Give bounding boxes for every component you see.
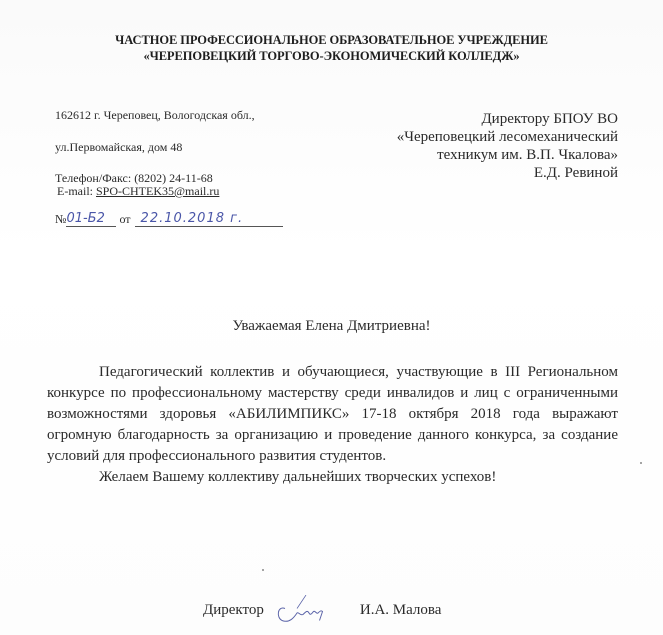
letter-page: ЧАСТНОЕ ПРОФЕССИОНАЛЬНОЕ ОБРАЗОВАТЕЛЬНОЕ… xyxy=(0,0,663,635)
registration-number: 01-Б2 xyxy=(66,212,116,227)
recipient-line3: техникум им. В.П. Чкалова» xyxy=(397,146,618,164)
scan-speck xyxy=(640,462,642,464)
body-paragraph-1: Педагогический коллектив и обучающиеся, … xyxy=(47,362,618,467)
recipient-line4: Е.Д. Ревиной xyxy=(397,164,618,182)
email-label: E-mail: xyxy=(57,184,96,198)
number-prefix: № xyxy=(55,212,66,227)
sender-address-line2: ул.Первомайская, дом 48 xyxy=(55,140,182,155)
registration-line: № 01-Б2 от 22.10.2018 г. xyxy=(55,212,283,227)
recipient-line2: «Череповецкий лесомеханический xyxy=(397,128,618,146)
signatory-name: И.А. Малова xyxy=(360,602,442,619)
sender-email-line: E-mail: SPO-CHTEK35@mail.ru xyxy=(57,184,219,199)
scan-speck xyxy=(262,569,264,571)
body-paragraph-2: Желаем Вашему коллективу дальнейших твор… xyxy=(47,467,618,488)
signatory-title: Директор xyxy=(203,602,264,619)
registration-date: 22.10.2018 г. xyxy=(135,212,283,227)
date-prefix: от xyxy=(119,212,130,227)
recipient-line1: Директору БПОУ ВО xyxy=(397,110,618,128)
handwritten-signature-icon xyxy=(264,595,348,625)
header-institution-name: «ЧЕРЕПОВЕЦКИЙ ТОРГОВО-ЭКОНОМИЧЕСКИЙ КОЛЛ… xyxy=(0,49,663,64)
greeting: Уважаемая Елена Дмитриевна! xyxy=(0,318,663,335)
header-institution-type: ЧАСТНОЕ ПРОФЕССИОНАЛЬНОЕ ОБРАЗОВАТЕЛЬНОЕ… xyxy=(0,33,663,48)
recipient-block: Директору БПОУ ВО «Череповецкий лесомеха… xyxy=(397,110,618,182)
signature-block: Директор И.А. Малова xyxy=(203,595,441,625)
email-link[interactable]: SPO-CHTEK35@mail.ru xyxy=(96,184,219,198)
sender-address-line1: 162612 г. Череповец, Вологодская обл., xyxy=(55,108,255,123)
letter-body: Педагогический коллектив и обучающиеся, … xyxy=(47,362,618,488)
